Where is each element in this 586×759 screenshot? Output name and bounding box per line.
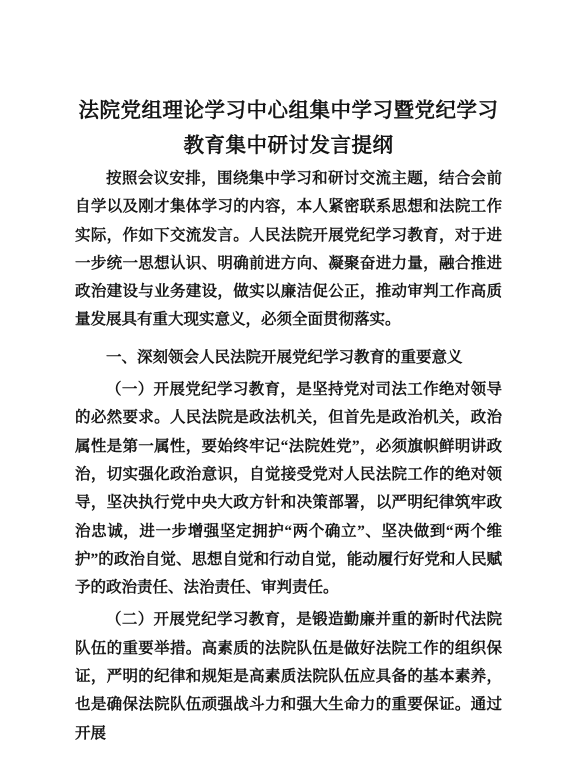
document-page: 法院党组理论学习中心组集中学习暨党纪学习教育集中研讨发言提纲 按照会议安排，围绕… [0,0,586,759]
point-1-paragraph: （一）开展党纪学习教育，是坚持党对司法工作绝对领导的必然要求。人民法院是政法机关… [75,376,502,602]
point-2-paragraph: （二）开展党纪学习教育，是锻造勤廉并重的新时代法院队伍的重要举措。高素质的法院队… [75,606,502,747]
document-title: 法院党组理论学习中心组集中学习暨党纪学习教育集中研讨发言提纲 [75,94,502,164]
intro-paragraph: 按照会议安排，围绕集中学习和研讨交流主题，结合会前自学以及刚才集体学习的内容，本… [75,165,502,335]
section-1-heading: 一、深刻领会人民法院开展党纪学习教育的重要意义 [75,344,502,372]
